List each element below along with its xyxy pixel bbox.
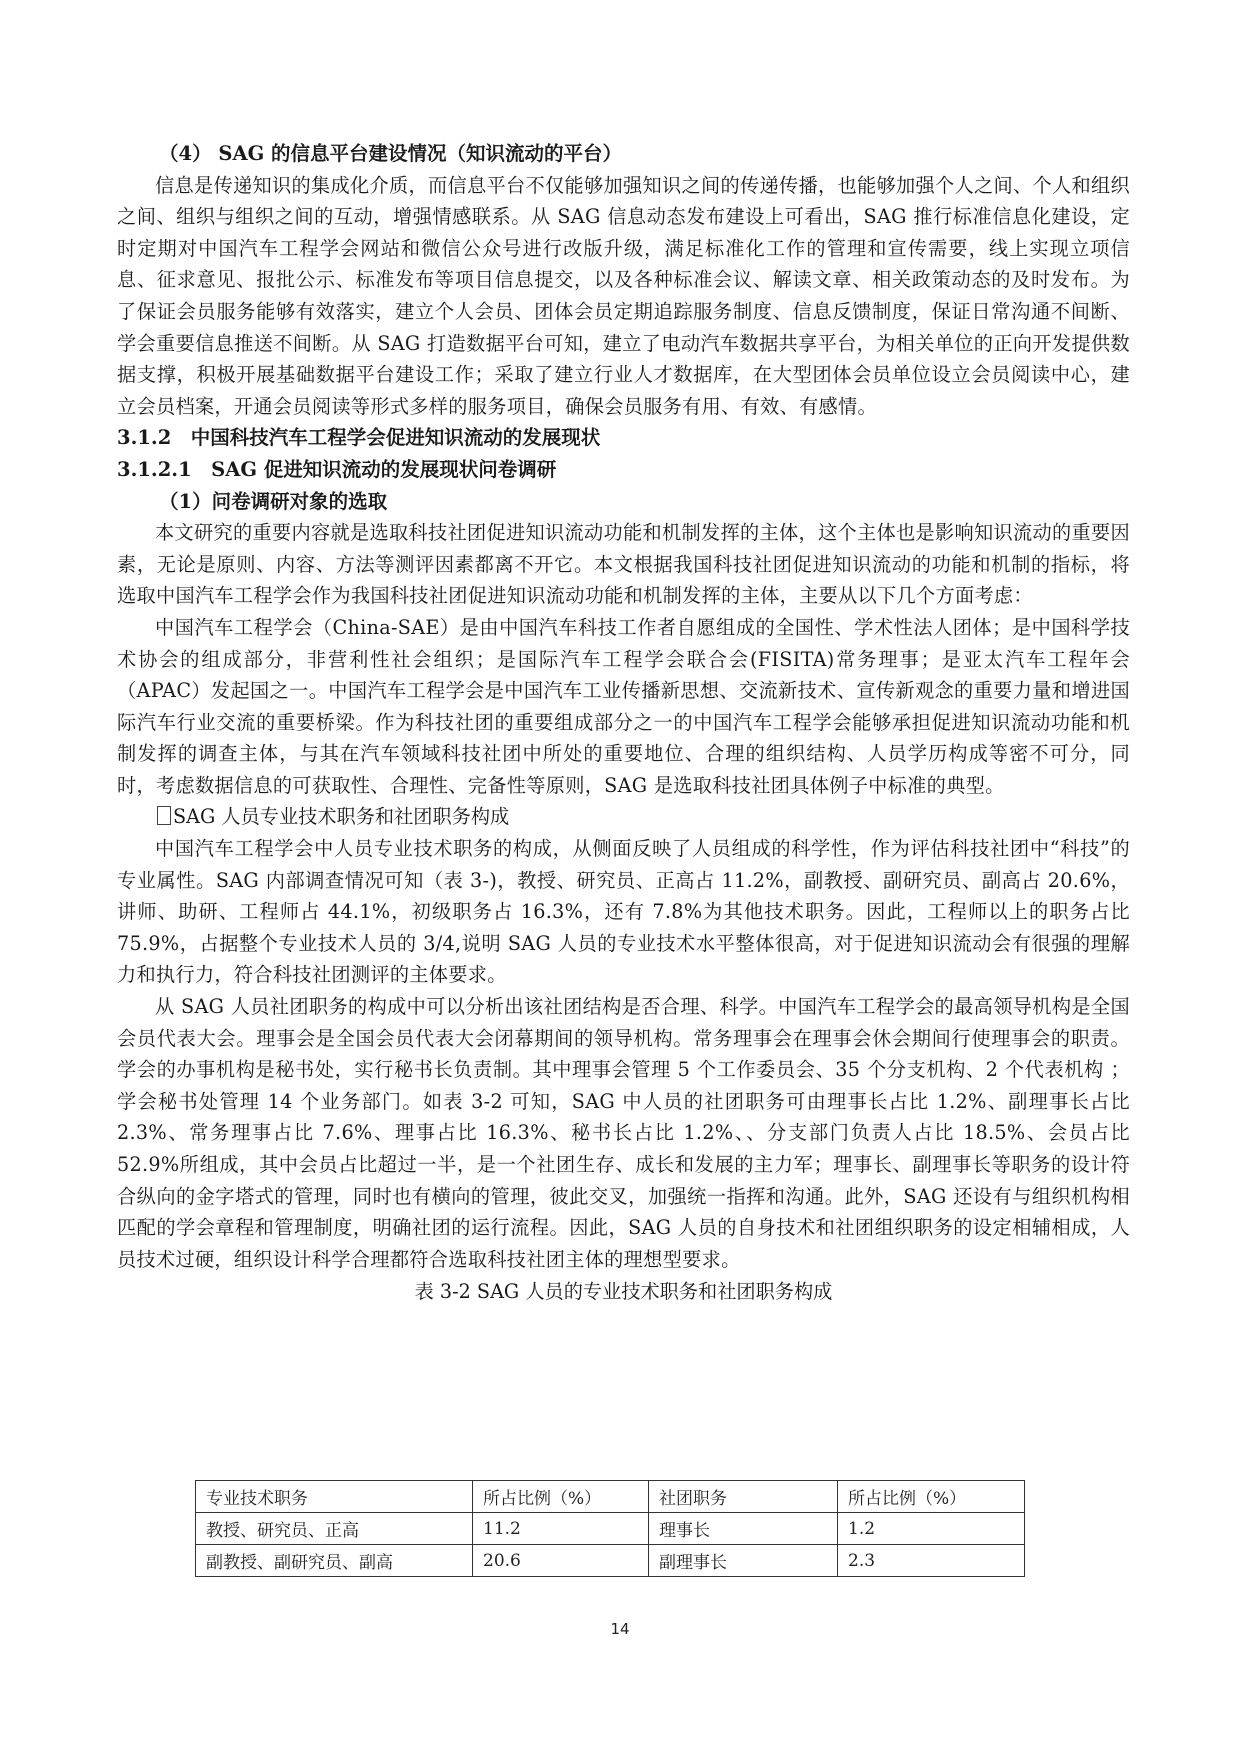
table-header-row: 专业技术职务 所占比例（%） 社团职务 所占比例（%） [196, 1481, 1025, 1513]
table-caption: 表 3-2 SAG 人员的专业技术职务和社团职务构成 [117, 1277, 1130, 1307]
table-row: 教授、研究员、正高 11.2 理事长 1.2 [196, 1513, 1025, 1545]
table-cell: 副理事长 [649, 1545, 838, 1577]
table-header-cell: 所占比例（%） [838, 1481, 1025, 1513]
page-number: 14 [0, 1620, 1240, 1638]
section-heading-4: （4） SAG 的信息平台建设情况（知识流动的平台） [117, 138, 1130, 170]
table-cell: 2.3 [838, 1545, 1025, 1577]
table-cell: 1.2 [838, 1513, 1025, 1545]
table-cell: 20.6 [473, 1545, 649, 1577]
bullet-heading: SAG 人员专业技术职务和社团职务构成 [117, 801, 1130, 833]
paragraph-info-platform: 信息是传递知识的集成化介质，而信息平台不仅能够加强知识之间的传递传播，也能够加强… [117, 170, 1130, 423]
missing-glyph-box-icon [157, 806, 171, 825]
paragraph-research-object: 本文研究的重要内容就是选取科技社团促进知识流动功能和机制发挥的主体，这个主体也是… [117, 517, 1130, 612]
table-header-cell: 专业技术职务 [196, 1481, 473, 1513]
table-header-cell: 社团职务 [649, 1481, 838, 1513]
section-heading-3-1-2-1: 3.1.2.1 SAG 促进知识流动的发展现状问卷调研 [117, 454, 1130, 486]
table-cell: 11.2 [473, 1513, 649, 1545]
table-header-cell: 所占比例（%） [473, 1481, 649, 1513]
document-page: （4） SAG 的信息平台建设情况（知识流动的平台） 信息是传递知识的集成化介质… [117, 138, 1130, 1307]
paragraph-china-sae: 中国汽车工程学会（China-SAE）是由中国汽车科技工作者自愿组成的全国性、学… [117, 612, 1130, 802]
subsection-heading-1: （1）问卷调研对象的选取 [117, 486, 1130, 518]
paragraph-tech-positions: 中国汽车工程学会中人员专业技术职务的构成，从侧面反映了人员组成的科学性，作为评估… [117, 833, 1130, 991]
table-row: 副教授、副研究员、副高 20.6 副理事长 2.3 [196, 1545, 1025, 1577]
bullet-heading-text: SAG 人员专业技术职务和社团职务构成 [173, 805, 509, 828]
table-cell: 副教授、副研究员、副高 [196, 1545, 473, 1577]
table-cell: 教授、研究员、正高 [196, 1513, 473, 1545]
positions-table: 专业技术职务 所占比例（%） 社团职务 所占比例（%） 教授、研究员、正高 11… [195, 1480, 1025, 1577]
section-heading-3-1-2: 3.1.2 中国科技汽车工程学会促进知识流动的发展现状 [117, 422, 1130, 454]
paragraph-org-positions: 从 SAG 人员社团职务的构成中可以分析出该社团结构是否合理、科学。中国汽车工程… [117, 991, 1130, 1275]
table-cell: 理事长 [649, 1513, 838, 1545]
